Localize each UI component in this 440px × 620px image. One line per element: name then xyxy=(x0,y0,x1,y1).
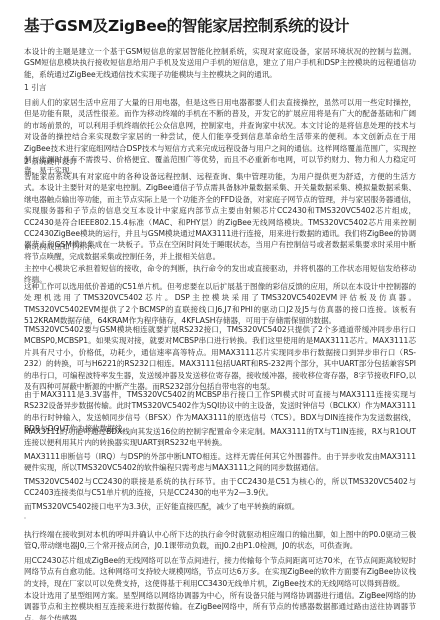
section-heading-hardware: 2 系统硬件设计 xyxy=(24,156,77,167)
body-paragraph-8: 而TMS320VC5402接口电平为3.3伏，正好能直接匹配，减少了电平转换的麻… xyxy=(24,501,416,512)
body-paragraph-10: 用CC2430芯片组成ZigBee的无线网络可以在节点间进行，接力传输每个节点间… xyxy=(24,555,416,589)
body-paragraph-9: 执行终端在接收到对本机的呼叫并确认中心所下达的执行命令时就驱动相应端口的输出脚，… xyxy=(24,529,416,552)
document-title: 基于GSM及ZigBee的智能家居控制系统的设计 xyxy=(24,16,424,36)
section-heading-introduction: 1 引言 xyxy=(24,82,46,93)
abstract-paragraph: 本设计的主题是建立一个基于GSM短信息的家居智能化控制系统，实现对家庭设备，家居… xyxy=(24,46,416,80)
body-paragraph-7: TMS320VC5402与CC2430的联接是系统的执行环节。由于CC2430是… xyxy=(24,476,416,499)
blank-marker xyxy=(24,517,26,519)
body-paragraph-5: MAX3111的功能可通过BDX线向其发送16位的控制字配置命令来定制。MAX3… xyxy=(24,426,416,449)
figure-caption: 系统构成图如下所示： xyxy=(24,241,100,252)
body-paragraph-3: TMS320VC5402要与GSM模块相连就要扩展RS232接口，TMS320V… xyxy=(24,324,416,392)
body-paragraph-11: 本设计选用了星型组网方案。星型网络以网络协调器为中心，所有设备只能与网络协调器进… xyxy=(24,590,416,620)
introduction-paragraph: 目前人们的家居生活中应用了大量的日用电器，但是这些日用电器都要人们去直接操控，虽… xyxy=(24,97,416,177)
blank-marker xyxy=(24,377,26,379)
body-paragraph-6: MAX3111串断信号（IRQ）与DSP的外部中断LNTO相连。这样无需任何其它… xyxy=(24,451,416,474)
body-paragraph-2: 这种工作可以选用低价普通的C51单片机。但考虑要在以后扩展基于图像的彩信反馈的应… xyxy=(24,281,416,327)
blank-marker xyxy=(24,582,26,584)
document-page: 基于GSM及ZigBee的智能家居控制系统的设计 本设计的主题是建立一个基于GS… xyxy=(0,0,440,620)
